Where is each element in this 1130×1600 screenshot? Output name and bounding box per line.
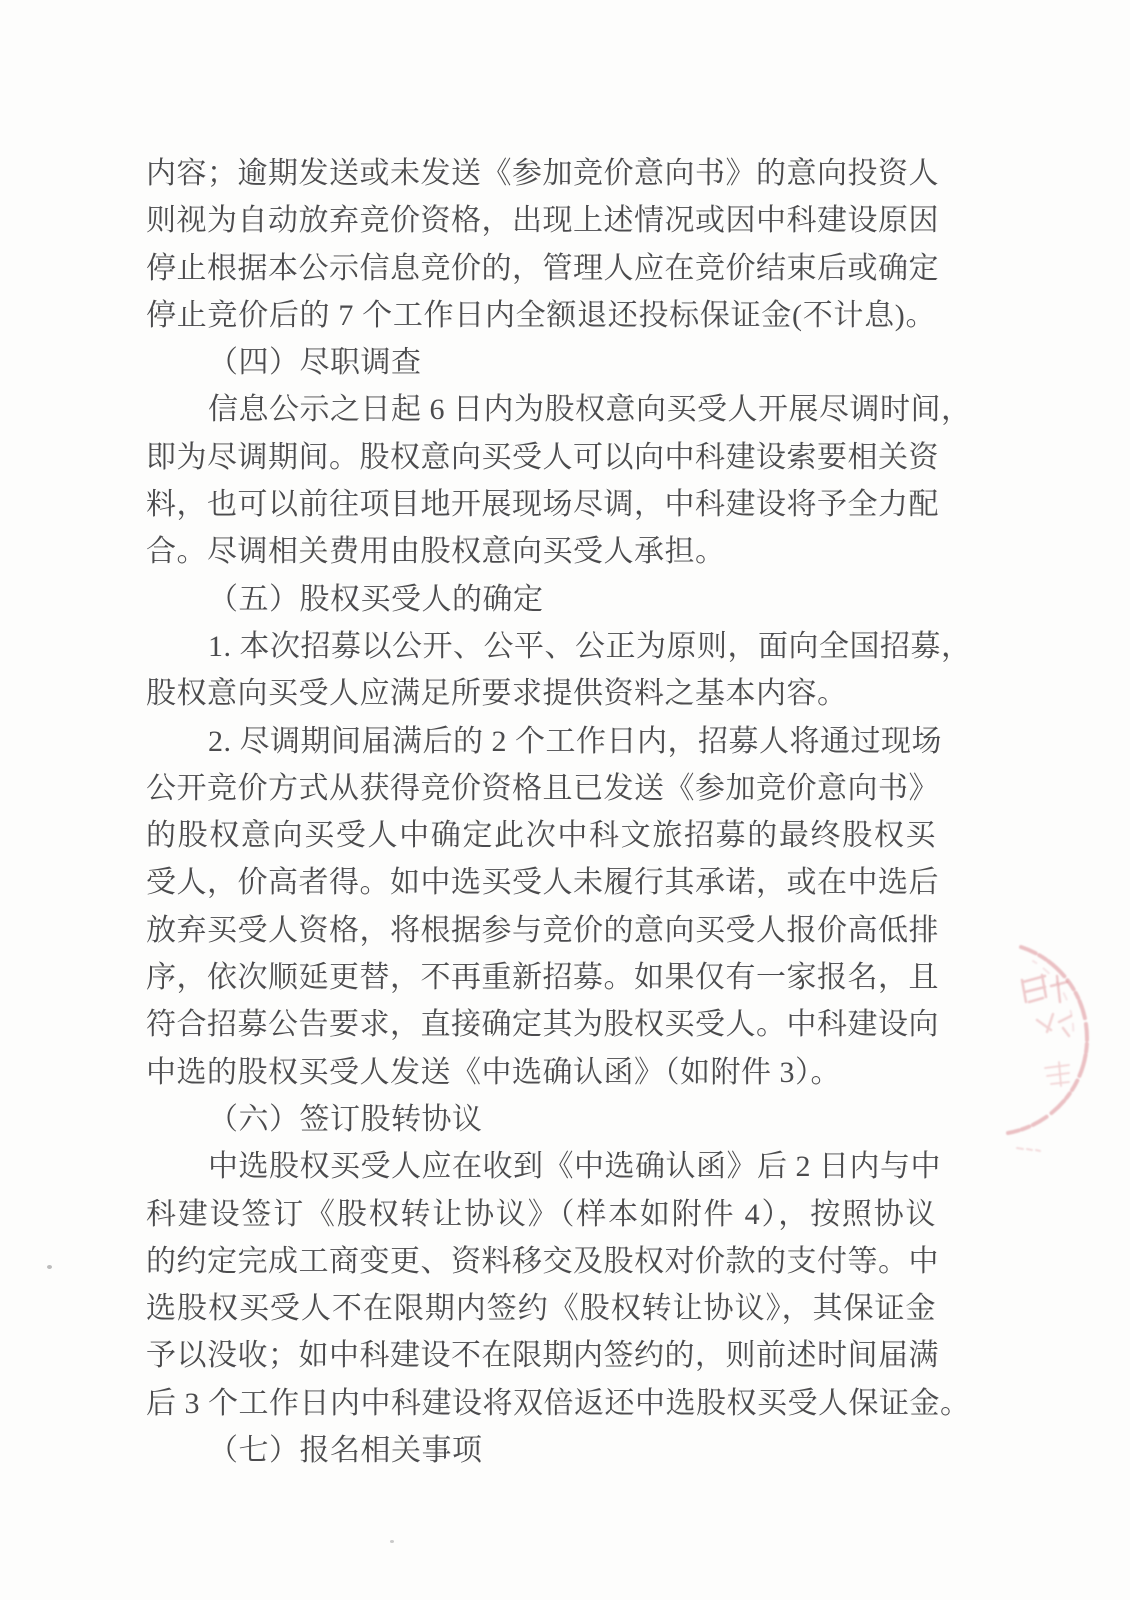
text-line: 中选股权买受人应在收到《中选确认函》后 2 日内与中 [146,1143,936,1190]
text-line: （七）报名相关事项 [146,1427,936,1474]
text-line: （六）签订股转协议 [146,1096,936,1143]
scanned-page: 内容；逾期发送或未发送《参加竞价意向书》的意向投资人则视为自动放弃竞价资格，出现… [0,0,1130,1600]
text-line: 合。尽调相关费用由股权意向买受人承担。 [146,528,936,575]
text-line: 科建设签订《股权转让协议》（样本如附件 4），按照协议 [146,1191,936,1238]
text-line: 内容；逾期发送或未发送《参加竞价意向书》的意向投资人 [146,150,936,197]
text-line: 选股权买受人不在限期内签约《股权转让协议》，其保证金 [146,1285,936,1332]
scan-speck [47,1265,52,1269]
text-line: 予以没收；如中科建设不在限期内签约的，则前述时间届满 [146,1332,936,1379]
text-line: （五）股权买受人的确定 [146,576,936,623]
scan-speck [390,1540,394,1543]
text-line: 料，也可以前往项目地开展现场尽调，中科建设将予全力配 [146,481,936,528]
text-line: 序，依次顺延更替，不再重新招募。如果仅有一家报名，且 [146,954,936,1001]
text-line: 受人，价高者得。如中选买受人未履行其承诺，或在中选后 [146,859,936,906]
text-line: 停止竞价后的 7 个工作日内全额退还投标保证金(不计息)。 [146,292,936,339]
text-line: 即为尽调期间。股权意向买受人可以向中科建设索要相关资 [146,434,936,481]
text-line: 1. 本次招募以公开、公平、公正为原则，面向全国招募， [146,623,936,670]
text-line: 的约定完成工商变更、资料移交及股权对价款的支付等。中 [146,1238,936,1285]
text-line: 则视为自动放弃竞价资格，出现上述情况或因中科建设原因 [146,197,936,244]
text-line: 后 3 个工作日内中科建设将双倍返还中选股权买受人保证金。 [146,1380,936,1427]
text-line: 公开竞价方式从获得竞价资格且已发送《参加竞价意向书》 [146,765,936,812]
text-line: 符合招募公告要求，直接确定其为股权买受人。中科建设向 [146,1001,936,1048]
text-line: 2. 尽调期间届满后的 2 个工作日内，招募人将通过现场 [146,718,936,765]
text-line: 股权意向买受人应满足所要求提供资料之基本内容。 [146,670,936,717]
document-body: 内容；逾期发送或未发送《参加竞价意向书》的意向投资人则视为自动放弃竞价资格，出现… [146,150,936,1474]
text-line: 的股权意向买受人中确定此次中科文旅招募的最终股权买 [146,812,936,859]
text-line: （四）尽职调查 [146,339,936,386]
text-line: 停止根据本公示信息竞价的，管理人应在竞价结束后或确定 [146,245,936,292]
red-seal-stamp [973,916,1130,1166]
text-line: 放弃买受人资格，将根据参与竞价的意向买受人报价高低排 [146,907,936,954]
text-line: 中选的股权买受人发送《中选确认函》（如附件 3）。 [146,1049,936,1096]
text-line: 信息公示之日起 6 日内为股权意向买受人开展尽调时间， [146,386,936,433]
